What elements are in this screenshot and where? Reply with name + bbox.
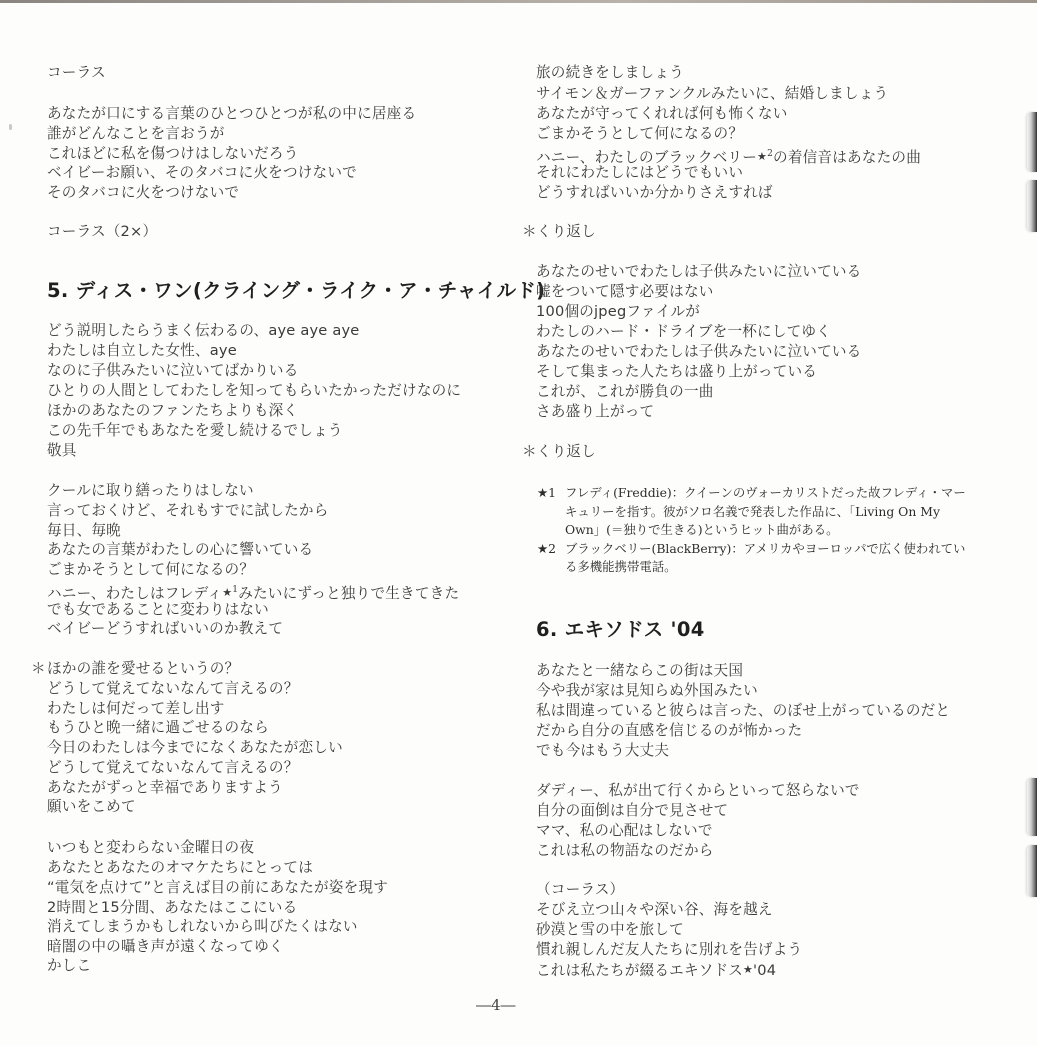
- lyric-line: これは私の物語なのだから: [536, 841, 714, 861]
- lyric-line-with-star: これは私たちが綴るエキソドス★'04: [536, 960, 776, 981]
- lyric-line: どう説明したらうまく伝わるの、aye aye aye: [47, 321, 359, 341]
- footnote-mark-1: ★1: [537, 484, 556, 503]
- lyric-line: ダディー、私が出て行くからといって怒らないで: [536, 781, 860, 801]
- lyric-line: ごまかそうとして何になるの？: [536, 124, 743, 144]
- lyric-line: 今日のわたしは今までになくあなたが恋しい: [47, 738, 343, 758]
- star-icon: ★: [743, 963, 753, 976]
- binding-ring-icon: [1027, 845, 1037, 897]
- lyric-line: ママ、私の心配はしないで: [536, 821, 713, 841]
- scan-speck: [9, 124, 12, 130]
- lyric-line: 2時間と15分間、あなたはここにいる: [47, 898, 297, 918]
- footnote-mark-2: ★2: [537, 540, 556, 559]
- lyric-line: さあ盛り上がって: [536, 402, 654, 422]
- lyric-line: この先千年でもあなたを愛し続けるでしょう: [47, 421, 343, 441]
- lyric-line: あなたのせいでわたしは子供みたいに泣いている: [536, 342, 861, 362]
- lyric-line: そびえ立つ山々や深い谷、海を越え: [536, 900, 773, 920]
- lyric-line: わたしのハード・ドライブを一杯にしてゆく: [536, 322, 831, 342]
- lyric-line: でも今はもう大丈夫: [536, 741, 669, 761]
- lyric-line: クールに取り繕ったりはしない: [47, 481, 254, 501]
- lyric-line: 毎日、毎晩: [47, 521, 121, 541]
- repeat-marker: ＊くり返し: [522, 442, 596, 462]
- lyric-line: 誰がどんなことを言おうが: [47, 124, 225, 144]
- lyric-line: いつもと変わらない金曜日の夜: [47, 838, 254, 858]
- lyric-line: これほどに私を傷つけはしないだろう: [47, 144, 299, 164]
- footnote-1: ★1 フレディ(Freddie)：クイーンのヴォーカリストだった故フレディ・マー…: [537, 484, 977, 540]
- lyric-line: 砂漠と雪の中を旅して: [536, 920, 684, 940]
- lyric-line: どうして覚えてないなんて言えるの？: [47, 679, 299, 699]
- footnote-text-2: ブラックベリー(BlackBerry)：アメリカやヨーロッパで広く使われている多…: [565, 541, 965, 575]
- binding-ring-icon: [1027, 778, 1037, 836]
- song-title-5: 5. ディス・ワン(クライング・ライク・ア・チャイルド): [47, 279, 545, 303]
- lyric-line: これが、これが勝負の一曲: [536, 382, 714, 402]
- lyric-line: 消えてしまうかもしれないから叫びたくはない: [47, 917, 358, 937]
- lyric-line: あなたと一緒ならこの街は天国: [536, 661, 743, 681]
- lyric-line: 私は間違っていると彼らは言った、のぼせ上がっているのだと: [536, 701, 950, 721]
- lyric-line: どうして覚えてないなんて言えるの？: [47, 758, 299, 778]
- lyric-line: 願いをこめて: [47, 797, 136, 817]
- lyric-line: そして集まった人たちは盛り上がっている: [536, 362, 817, 382]
- lyric-line: ほかの誰を愛せるというの？: [47, 659, 239, 679]
- lyric-line: かしこ: [47, 956, 91, 976]
- lyric-line: ベイビーお願い、そのタバコに火をつけないで: [47, 163, 357, 183]
- binding-ring-icon: [1027, 112, 1037, 172]
- footnote-star-icon: ★: [222, 586, 232, 599]
- lyric-line: 今や我が家は見知らぬ外国みたい: [536, 681, 758, 701]
- lyric-line: 自分の面倒は自分で見させて: [536, 801, 728, 821]
- lyric-line: あなたが口にする言葉のひとつひとつが私の中に居座る: [47, 104, 416, 124]
- footnote-text-1: フレディ(Freddie)：クイーンのヴォーカリストだった故フレディ・マーキュリ…: [565, 485, 966, 537]
- footnote-2: ★2 ブラックベリー(BlackBerry)：アメリカやヨーロッパで広く使われて…: [537, 540, 977, 577]
- lyric-line: 慣れ親しんだ友人たちに別れを告げよう: [536, 940, 802, 960]
- lyric-line: 言っておくけど、それもすでに試したから: [47, 501, 329, 521]
- lyric-line: あなたがずっと幸福でありますよう: [47, 778, 283, 798]
- lyric-line: でも女であることに変わりはない: [47, 600, 269, 620]
- lyric-line: わたしは自立した女性、aye: [47, 341, 237, 361]
- repeat-marker: ＊くり返し: [522, 222, 596, 242]
- lyric-line: わたしは何だって差し出す: [47, 699, 225, 719]
- lyric-line: ベイビーどうすればいいのか教えて: [47, 619, 283, 639]
- lyric-line: 敬具: [47, 441, 77, 461]
- lyric-line: あなたの言葉がわたしの心に響いている: [47, 540, 313, 560]
- lyric-line: もうひと晩一緒に過ごせるのなら: [47, 718, 269, 738]
- chorus-label: （コーラス）: [536, 880, 624, 900]
- lyric-line: どうすればいいか分かりさえすれば: [536, 183, 773, 203]
- page-number: ―4―: [476, 996, 516, 1014]
- lyric-line: それにわたしにはどうでもいい: [536, 163, 743, 183]
- chorus-asterisk-icon: ＊: [31, 659, 46, 679]
- song-title-6: 6. エキソドス '04: [536, 618, 705, 642]
- lyric-line: だから自分の直感を信じるのが怖かった: [536, 721, 802, 741]
- lyric-line: 旅の続きをしましょう: [536, 63, 684, 83]
- lyric-line: 暗闇の中の囁き声が遠くなってゆく: [47, 937, 284, 957]
- page-top-edge: [0, 0, 1037, 3]
- lyric-line: ごまかそうとして何になるの？: [47, 560, 254, 580]
- lyric-line: そのタバコに火をつけないで: [47, 183, 239, 203]
- lyric-line: あなたのせいでわたしは子供みたいに泣いている: [536, 262, 861, 282]
- lyric-line: サイモン＆ガーファンクルみたいに、結婚しましょう: [536, 84, 888, 104]
- lyric-line: “電気を点けて”と言えば目の前にあなたが姿を現す: [47, 878, 388, 898]
- lyric-line: 嘘をついて隠す必要はない: [536, 282, 714, 302]
- chorus-repeat-label: コーラス（2×）: [47, 222, 157, 242]
- lyric-line: ほかのあなたのファンたちよりも深く: [47, 401, 298, 421]
- footnotes: ★1 フレディ(Freddie)：クイーンのヴォーカリストだった故フレディ・マー…: [537, 484, 977, 577]
- lyric-line: なのに子供みたいに泣いてばかりいる: [47, 361, 299, 381]
- lyric-line: ひとりの人間としてわたしを知ってもらいたかっただけなのに: [47, 381, 461, 401]
- binding-ring-icon: [1027, 180, 1037, 232]
- chorus-label: コーラス: [47, 63, 106, 83]
- lyric-line: あなたが守ってくれれば何も怖くない: [536, 104, 788, 124]
- footnote-star-icon: ★: [757, 150, 767, 163]
- lyric-line: あなたとあなたのオマケたちにとっては: [47, 858, 313, 878]
- lyric-line: 100個のjpegファイルが: [536, 302, 700, 322]
